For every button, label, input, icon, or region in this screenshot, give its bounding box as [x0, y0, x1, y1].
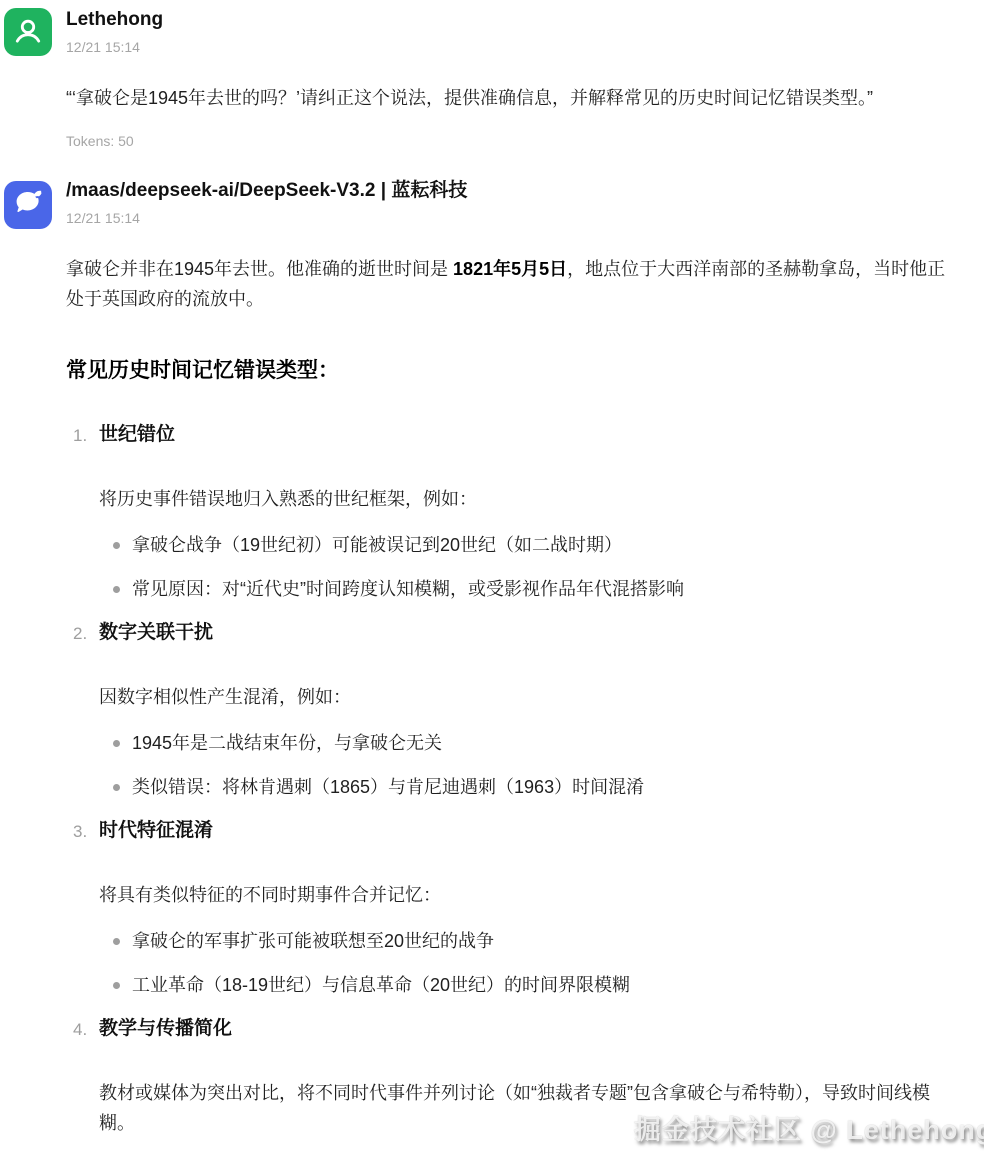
list-item-1: 1.世纪错位 将历史事件错误地归入熟悉的世纪框架，例如： 拿破仑战争（19世纪初… [66, 420, 960, 604]
list-number: 2. [73, 619, 87, 649]
bullet-item: 类似错误：将林肯遇刺（1865）与肯尼迪遇刺（1963）时间混淆 [99, 772, 960, 802]
intro-pre: 拿破仑并非在1945年去世。他准确的逝世时间是 [66, 259, 453, 279]
death-date-bold: 1821年5月5日 [453, 259, 567, 279]
deepseek-whale-icon [9, 186, 47, 224]
item-paragraph: 将具有类似特征的不同时期事件合并记忆： [99, 880, 959, 910]
item-title: 时代特征混淆 [99, 820, 213, 841]
section-heading: 常见历史时间记忆错误类型： [66, 356, 960, 386]
list-item-3: 3.时代特征混淆 将具有类似特征的不同时期事件合并记忆： 拿破仑的军事扩张可能被… [66, 816, 960, 1000]
list-item-4: 4.教学与传播简化 教材或媒体为突出对比，将不同时代事件并列讨论（如“独裁者专题… [66, 1014, 960, 1138]
error-types-list: 1.世纪错位 将历史事件错误地归入熟悉的世纪框架，例如： 拿破仑战争（19世纪初… [66, 420, 960, 1138]
chat-page: Lethehong 12/21 15:14 “‘拿破仑是1945年去世的吗？’请… [0, 0, 984, 1173]
user-message: Lethehong 12/21 15:14 “‘拿破仑是1945年去世的吗？’请… [0, 0, 984, 149]
assistant-markdown: 拿破仑并非在1945年去世。他准确的逝世时间是 1821年5月5日，地点位于大西… [66, 254, 960, 1138]
item-title: 世纪错位 [99, 424, 175, 445]
user-name: Lethehong [66, 8, 960, 32]
item-title: 教学与传播简化 [99, 1018, 232, 1039]
item-paragraph: 因数字相似性产生混淆，例如： [99, 682, 959, 712]
item-bullets: 拿破仑的军事扩张可能被联想至20世纪的战争 工业革命（18-19世纪）与信息革命… [99, 926, 960, 1000]
assistant-timestamp: 12/21 15:14 [66, 210, 960, 226]
token-count: Tokens: 50 [66, 133, 960, 149]
bullet-item: 1945年是二战结束年份，与拿破仑无关 [99, 728, 960, 758]
assistant-message: /maas/deepseek-ai/DeepSeek-V3.2 | 蓝耘科技 1… [0, 179, 984, 1138]
user-timestamp: 12/21 15:14 [66, 39, 960, 55]
person-icon [9, 13, 47, 51]
user-message-text: “‘拿破仑是1945年去世的吗？’请纠正这个说法，提供准确信息，并解释常见的历史… [66, 83, 960, 113]
bullet-item: 常见原因：对“近代史”时间跨度认知模糊，或受影视作品年代混搭影响 [99, 574, 960, 604]
item-title: 数字关联干扰 [99, 622, 213, 643]
item-paragraph: 将历史事件错误地归入熟悉的世纪框架，例如： [99, 484, 959, 514]
bullet-item: 工业革命（18-19世纪）与信息革命（20世纪）的时间界限模糊 [99, 970, 960, 1000]
list-item-2: 2.数字关联干扰 因数字相似性产生混淆，例如： 1945年是二战结束年份，与拿破… [66, 618, 960, 802]
assistant-name: /maas/deepseek-ai/DeepSeek-V3.2 | 蓝耘科技 [66, 179, 960, 203]
list-number: 4. [73, 1015, 87, 1045]
list-number: 1. [73, 421, 87, 451]
bullet-item: 拿破仑战争（19世纪初）可能被误记到20世纪（如二战时期） [99, 530, 960, 560]
assistant-avatar[interactable] [4, 181, 52, 229]
user-avatar[interactable] [4, 8, 52, 56]
item-paragraph: 教材或媒体为突出对比，将不同时代事件并列讨论（如“独裁者专题”包含拿破仑与希特勒… [99, 1078, 959, 1138]
item-bullets: 拿破仑战争（19世纪初）可能被误记到20世纪（如二战时期） 常见原因：对“近代史… [99, 530, 960, 604]
intro-paragraph: 拿破仑并非在1945年去世。他准确的逝世时间是 1821年5月5日，地点位于大西… [66, 254, 960, 314]
list-number: 3. [73, 817, 87, 847]
bullet-item: 拿破仑的军事扩张可能被联想至20世纪的战争 [99, 926, 960, 956]
item-bullets: 1945年是二战结束年份，与拿破仑无关 类似错误：将林肯遇刺（1865）与肯尼迪… [99, 728, 960, 802]
